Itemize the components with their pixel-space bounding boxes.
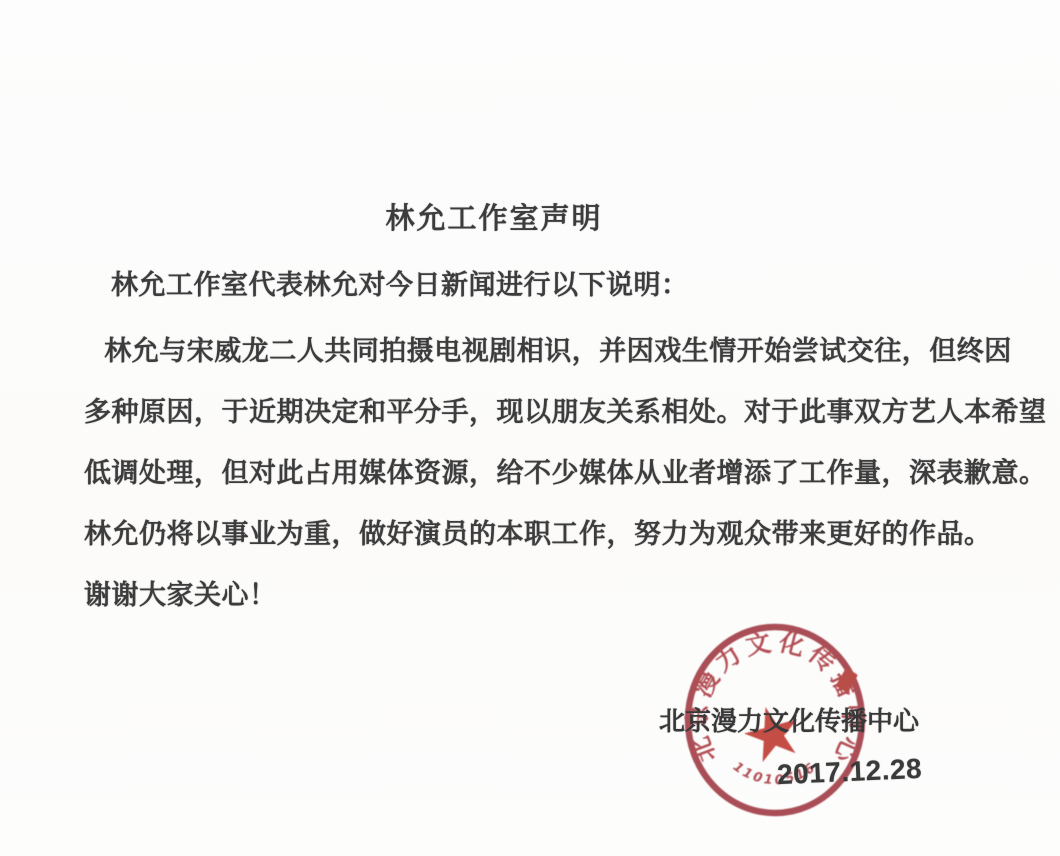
statement-closing: 谢谢大家关心！ xyxy=(84,573,277,612)
statement-body-line: 林允与宋威龙二人共同拍摄电视剧相识，并因戏生情开始尝试交往，但终因 xyxy=(84,329,1012,368)
statement-intro: 林允工作室代表林允对今日新闻进行以下说明： xyxy=(84,263,689,302)
signature-company-name: 北京漫力文化传播中心 xyxy=(659,701,919,738)
statement-title: 林允工作室声明 xyxy=(0,196,988,237)
statement-body-line: 低调处理，但对此占用媒体资源，给不少媒体从业者增添了工作量，深表歉意。 xyxy=(84,451,1047,490)
statement-body-line: 林允仍将以事业为重，做好演员的本职工作，努力为观众带来更好的作品。 xyxy=(84,512,992,551)
seal-ring-text: 北京漫力文化传播中心 xyxy=(682,627,867,772)
statement-body-line: 多种原因，于近期决定和平分手，现以朋友关系相处。对于此事双方艺人本希望 xyxy=(84,390,1047,429)
statement-date: 2017.12.28 xyxy=(776,753,922,791)
document-page: 林允工作室声明 林允工作室代表林允对今日新闻进行以下说明： 林允与宋威龙二人共同… xyxy=(0,0,1060,856)
